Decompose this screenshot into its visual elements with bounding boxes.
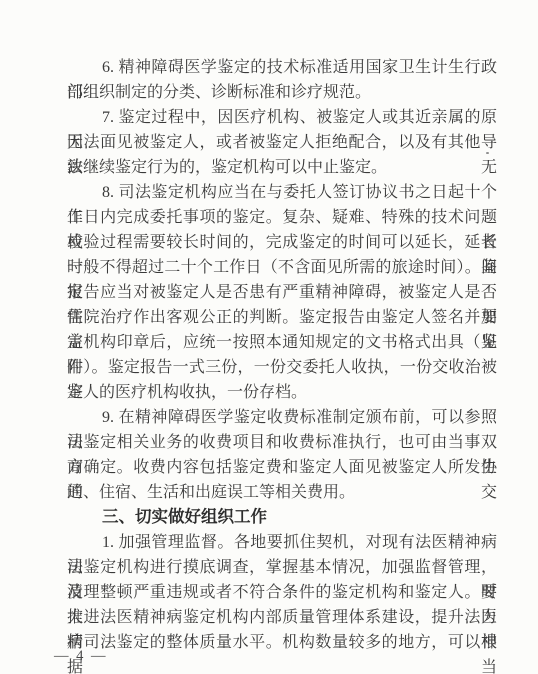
- document-text-line: 无法面见被鉴定人，或者被鉴定人拒绝配合，以及有其他导致无: [67, 130, 497, 155]
- document-text-line: 检验过程需要较长时间的，完成鉴定的时间可以延长，延长时间: [67, 230, 497, 255]
- document-text-line: 一般不得超过二十个工作日（不含面见所需的旅途时间）。鉴定: [67, 255, 497, 280]
- document-text-line: 商确定。收费内容包括鉴定费和鉴定人面见被鉴定人所发生的交: [67, 455, 497, 480]
- document-text-line: 7. 鉴定过程中，因医疗机构、被鉴定人或其近亲属的原因: [67, 105, 497, 130]
- document-text-line: 定人的医疗机构收执，一份存档。: [67, 380, 497, 405]
- section-heading: 三、切实做好组织工作: [67, 505, 497, 530]
- document-text-line: 6. 精神障碍医学鉴定的技术标准适用国家卫生计生行政部: [67, 55, 497, 80]
- document-text-line: 法鉴定相关业务的收费项目和收费标准执行，也可由当事双方协: [67, 430, 497, 455]
- document-text-line: 报告应当对被鉴定人是否患有严重精神障碍，被鉴定人是否需要: [67, 280, 497, 305]
- document-text-line: 作日内完成委托事项的鉴定。复杂、疑难、特殊的技术问题或者: [67, 205, 497, 230]
- document-text-line: 9. 在精神障碍医学鉴定收费标准制定颁布前，可以参照司: [67, 405, 497, 430]
- document-text-line: 件）。鉴定报告一式三份，一份交委托人收执，一份交收治被鉴: [67, 355, 497, 380]
- text-block: 6. 精神障碍医学鉴定的技术标准适用国家卫生计生行政部门组织制定的分类、诊断标准…: [67, 55, 497, 655]
- document-text-line: 清理整顿严重违规或者不符合条件的鉴定机构和鉴定人。要大力: [67, 580, 497, 605]
- document-text-line: 法鉴定机构进行摸底调查，掌握基本情况，加强监督管理，及时: [67, 555, 497, 580]
- document-page: 6. 精神障碍医学鉴定的技术标准适用国家卫生计生行政部门组织制定的分类、诊断标准…: [0, 0, 538, 674]
- document-text-line: 住院治疗作出客观公正的判断。鉴定报告由鉴定人签名并加盖鉴: [67, 305, 497, 330]
- document-text-line: 病司法鉴定的整体质量水平。机构数量较多的地方，可以根据当: [67, 630, 497, 655]
- document-text-line: 1. 加强管理监督。各地要抓住契机，对现有法医精神病司: [67, 530, 497, 555]
- document-text-line: 门组织制定的分类、诊断标准和诊疗规范。: [67, 80, 497, 105]
- document-text-line: 8. 司法鉴定机构应当在与委托人签订协议书之日起十个工: [67, 180, 497, 205]
- footer-page-number: — 4 —: [54, 648, 108, 665]
- scan-speck: [486, 152, 489, 154]
- document-text-line: 推进法医精神病鉴定机构内部质量管理体系建设，提升法医精神: [67, 605, 497, 630]
- document-text-line: 定机构印章后，应统一按照本通知规定的文书格式出具（见附: [67, 330, 497, 355]
